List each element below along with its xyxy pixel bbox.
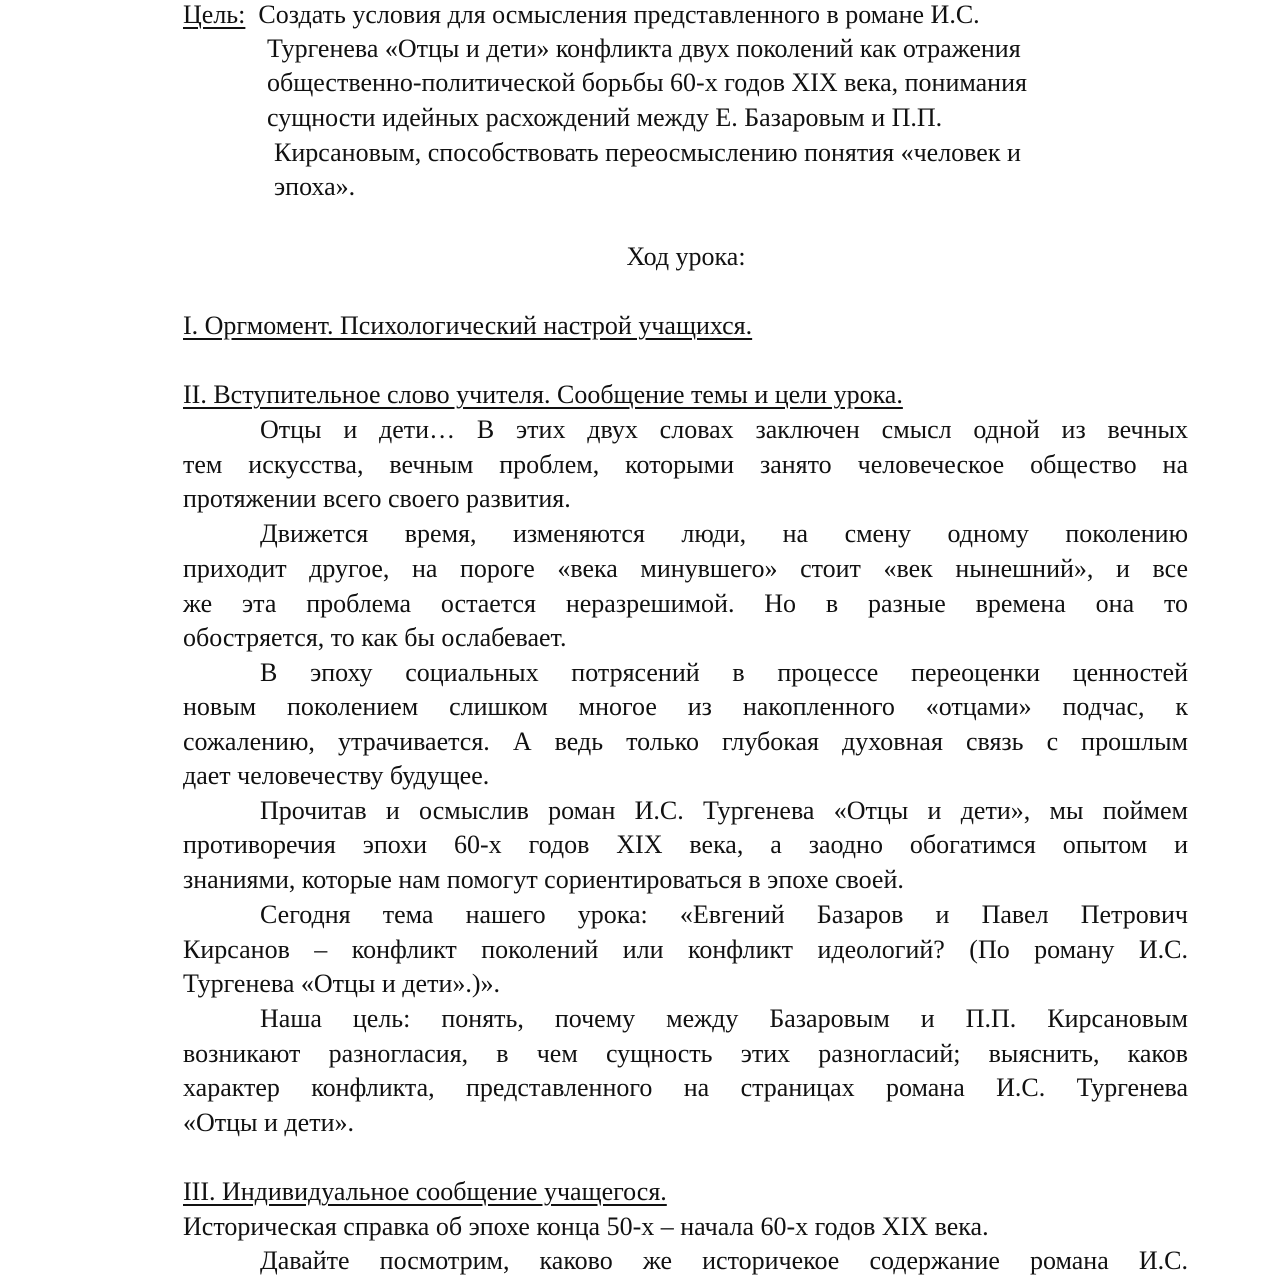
document-page: Цель: Создать условия для осмысления пре… <box>0 0 1280 1280</box>
section-3-title: III. Индивидуальное сообщение учащегося. <box>183 1177 667 1207</box>
paragraph-line: сожалению, утрачивается. А ведь только г… <box>183 727 1188 757</box>
lesson-heading: Ход урока: <box>0 242 1280 272</box>
paragraph-line: Кирсанов – конфликт поколений или конфли… <box>183 935 1188 965</box>
paragraph-line: противоречия эпохи 60-х годов XIX века, … <box>183 830 1188 860</box>
paragraph-line: Движется время, изменяются люди, на смен… <box>260 519 1188 549</box>
goal-text: Создать условия для осмысления представл… <box>258 0 979 29</box>
paragraph-line: характер конфликта, представленного на с… <box>183 1073 1188 1103</box>
goal-line-6: эпоха». <box>274 172 355 202</box>
paragraph-line: же эта проблема остается неразрешимой. Н… <box>183 589 1188 619</box>
goal-line-1: Цель: Создать условия для осмысления пре… <box>183 0 980 30</box>
paragraph-line: тем искусства, вечным проблем, которыми … <box>183 450 1188 480</box>
goal-line-3: общественно-политической борьбы 60-х год… <box>267 68 1027 98</box>
section-1-title: I. Оргмомент. Психологический настрой уч… <box>183 311 752 341</box>
paragraph-line: Прочитав и осмыслив роман И.С. Тургенева… <box>260 796 1188 826</box>
paragraph-line: Отцы и дети… В этих двух словах заключен… <box>260 415 1188 445</box>
paragraph-line: Наша цель: понять, почему между Базаровы… <box>260 1004 1188 1034</box>
paragraph-line: знаниями, которые нам помогут сориентиро… <box>183 865 904 895</box>
paragraph-line: Давайте посмотрим, каково же историчекое… <box>260 1246 1188 1276</box>
paragraph-line: протяжении всего своего развития. <box>183 484 571 514</box>
paragraph-line: Сегодня тема нашего урока: «Евгений База… <box>260 900 1188 930</box>
paragraph-line: Историческая справка об эпохе конца 50-х… <box>183 1212 989 1242</box>
section-2-title: II. Вступительное слово учителя. Сообщен… <box>183 380 903 410</box>
goal-line-2: Тургенева «Отцы и дети» конфликта двух п… <box>267 34 1021 64</box>
paragraph-line: дает человечеству будущее. <box>183 761 489 791</box>
paragraph-line: приходит другое, на пороге «века минувше… <box>183 554 1188 584</box>
paragraph-line: В эпоху социальных потрясений в процессе… <box>260 658 1188 688</box>
goal-line-4: сущности идейных расхождений между Е. Ба… <box>267 103 942 133</box>
paragraph-line: новым поколением слишком многое из накоп… <box>183 692 1188 722</box>
paragraph-line: обостряется, то как бы ослабевает. <box>183 623 566 653</box>
paragraph-line: возникают разногласия, в чем сущность эт… <box>183 1039 1188 1069</box>
goal-line-5: Кирсановым, способствовать переосмыслени… <box>274 138 1021 168</box>
paragraph-line: Тургенева «Отцы и дети».)». <box>183 969 500 999</box>
paragraph-line: «Отцы и дети». <box>183 1108 354 1138</box>
goal-label: Цель: <box>183 0 245 29</box>
